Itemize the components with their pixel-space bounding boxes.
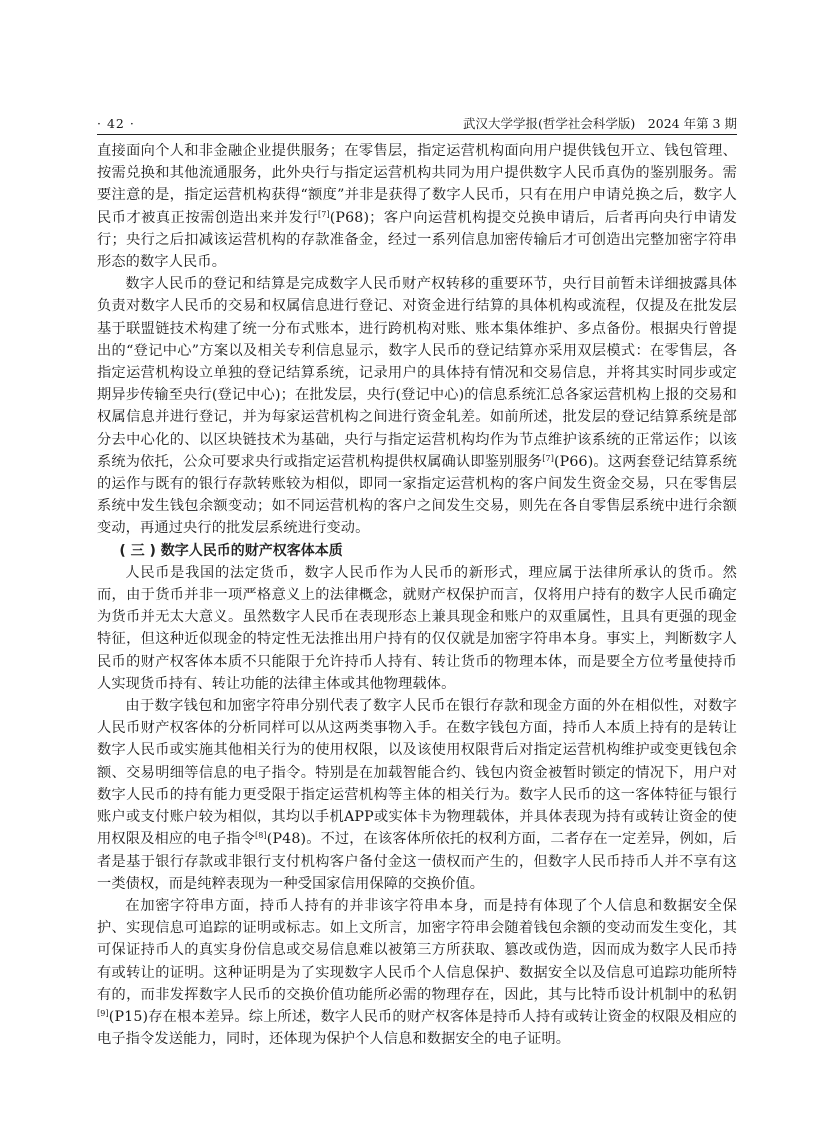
page-number: · 42 · (97, 116, 135, 132)
paragraph-1: 直接面向个人和非金融企业提供服务；在零售层，指定运营机构面向用户提供钱包开立、钱… (97, 140, 737, 273)
paragraph-text: (P15)存在根本差异。综上所述，数字人民币的财产权客体是持币人持有或转让资金的… (97, 1009, 737, 1047)
journal-page: · 42 · 武汉大学学报(哲学社会科学版) 2024 年第 3 期 直接面向个… (97, 116, 737, 1050)
running-header: · 42 · 武汉大学学报(哲学社会科学版) 2024 年第 3 期 (97, 116, 737, 135)
citation-ref: [9] (97, 1009, 109, 1018)
paragraph-2: 数字人民币的登记和结算是完成数字人民币财产权转移的重要环节，央行目前暂未详细披露… (97, 273, 737, 539)
journal-title: 武汉大学学报(哲学社会科学版) 2024 年第 3 期 (463, 116, 737, 132)
paragraph-text: 人民币是我国的法定货币，数字人民币作为人民币的新形式，理应属于法律所承认的货币。… (97, 565, 737, 692)
article-body: 直接面向个人和非金融企业提供服务；在零售层，指定运营机构面向用户提供钱包开立、钱… (97, 140, 737, 1050)
paragraph-text: 在加密字符串方面，持币人持有的并非该字符串本身，而是持有体现了个人信息和数据安全… (97, 898, 737, 1003)
citation-ref: [7] (318, 210, 330, 219)
citation-ref: [7] (542, 454, 554, 463)
citation-ref: [8] (255, 831, 267, 840)
paragraph-text: 数字人民币的登记和结算是完成数字人民币财产权转移的重要环节，央行目前暂未详细披露… (97, 276, 737, 470)
paragraph-4: 由于数字钱包和加密字符串分别代表了数字人民币在银行存款和现金方面的外在相似性，对… (97, 695, 737, 895)
paragraph-text: 由于数字钱包和加密字符串分别代表了数字人民币在银行存款和现金方面的外在相似性，对… (97, 698, 737, 847)
section-heading: ( 三 ) 数字人民币的财产权客体本质 (97, 540, 737, 562)
paragraph-5: 在加密字符串方面，持币人持有的并非该字符串本身，而是持有体现了个人信息和数据安全… (97, 895, 737, 1050)
paragraph-3: 人民币是我国的法定货币，数字人民币作为人民币的新形式，理应属于法律所承认的货币。… (97, 562, 737, 695)
